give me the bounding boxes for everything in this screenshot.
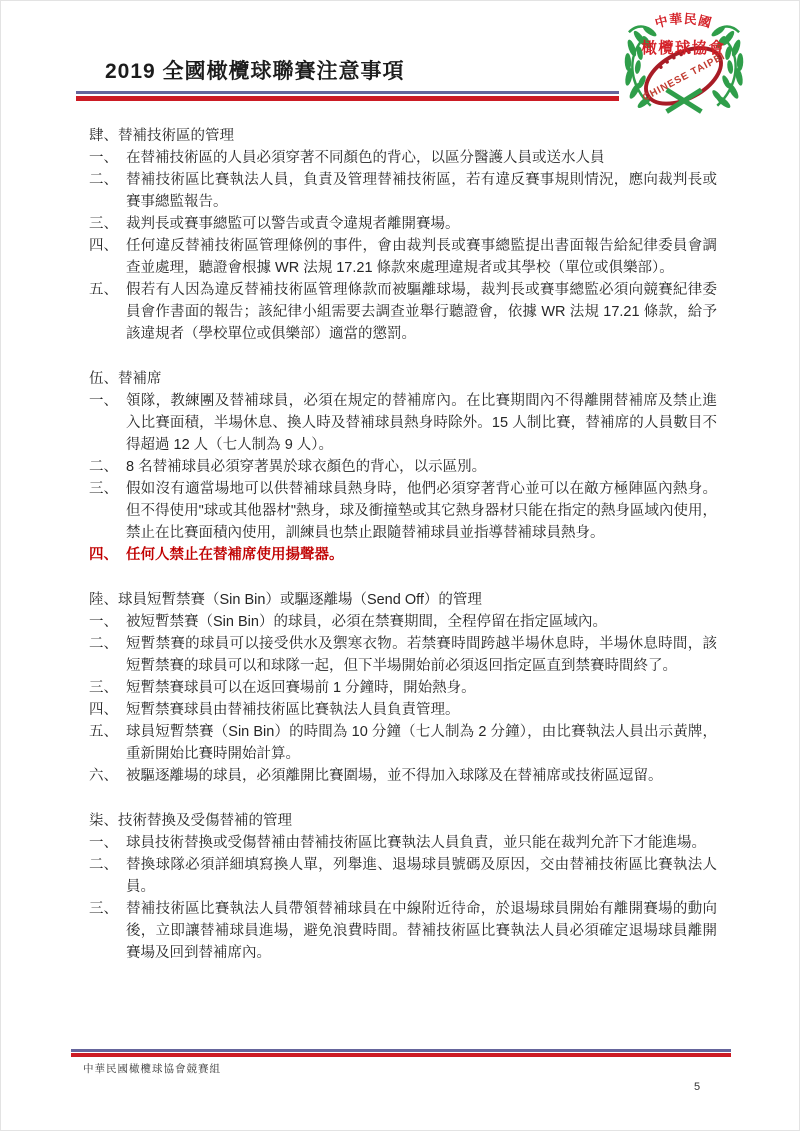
item-number: 四、 [89,235,126,279]
list-item: 五、球員短暫禁賽（Sin Bin）的時間為 10 分鐘（七人制為 2 分鐘），由… [89,721,717,765]
item-number: 一、 [89,611,126,633]
document-body: 肆、替補技術區的管理一、在替補技術區的人員必須穿著不同顏色的背心，以區分醫護人員… [89,125,717,987]
item-number: 五、 [89,279,126,345]
item-number: 四、 [89,699,126,721]
item-text: 短暫禁賽球員由替補技術區比賽執法人員負責管理。 [126,699,717,721]
section-3: 柒、技術替換及受傷替補的管理一、球員技術替換或受傷替補由替補技術區比賽執法人員負… [89,810,717,964]
item-text: 短暫禁賽的球員可以接受供水及禦寒衣物。若禁賽時間跨越半場休息時，半場休息時間，該… [126,633,717,677]
section-heading: 陸、球員短暫禁賽（Sin Bin）或驅逐離場（Send Off）的管理 [89,589,717,611]
item-number: 一、 [89,147,126,169]
item-number: 三、 [89,677,126,699]
list-item: 一、球員技術替換或受傷替補由替補技術區比賽執法人員負責，並只能在裁判允許下才能進… [89,832,717,854]
item-number: 一、 [89,390,126,456]
list-item: 一、被短暫禁賽（Sin Bin）的球員，必須在禁賽期間，全程停留在指定區域內。 [89,611,717,633]
association-logo: CHINESE TAIPEI 中華民國 橄欖球協會 [617,6,751,118]
item-text: 裁判長或賽事總監可以警告或責令違規者離開賽場。 [126,213,717,235]
list-item: 四、任何違反替補技術區管理條例的事件，會由裁判長或賽事總監提出書面報告給紀律委員… [89,235,717,279]
item-number: 五、 [89,721,126,765]
item-number: 一、 [89,832,126,854]
item-text: 球員短暫禁賽（Sin Bin）的時間為 10 分鐘（七人制為 2 分鐘），由比賽… [126,721,717,765]
list-item: 一、在替補技術區的人員必須穿著不同顏色的背心，以區分醫護人員或送水人員 [89,147,717,169]
item-number: 二、 [89,169,126,213]
item-number: 二、 [89,854,126,898]
section-heading: 肆、替補技術區的管理 [89,125,717,147]
item-text: 8 名替補球員必須穿著異於球衣顏色的背心，以示區別。 [126,456,717,478]
item-text: 替補技術區比賽執法人員帶領替補球員在中線附近待命，於退場球員開始有離開賽場的動向… [126,898,717,964]
item-number: 三、 [89,478,126,544]
list-item: 二、8 名替補球員必須穿著異於球衣顏色的背心，以示區別。 [89,456,717,478]
section-heading: 柒、技術替換及受傷替補的管理 [89,810,717,832]
page-number: 5 [694,1081,700,1093]
item-number: 三、 [89,213,126,235]
item-text: 假若有人因為違反替補技術區管理條款而被驅離球場，裁判長或賽事總監必須向競賽紀律委… [126,279,717,345]
item-number: 二、 [89,456,126,478]
list-item: 三、短暫禁賽球員可以在返回賽場前 1 分鐘時，開始熱身。 [89,677,717,699]
footer-divider [71,1049,731,1057]
item-text: 任何違反替補技術區管理條例的事件，會由裁判長或賽事總監提出書面報告給紀律委員會調… [126,235,717,279]
section-heading: 伍、替補席 [89,368,717,390]
svg-text:中華民國: 中華民國 [653,11,714,31]
item-text: 球員技術替換或受傷替補由替補技術區比賽執法人員負責，並只能在裁判允許下才能進場。 [126,832,717,854]
section-0: 肆、替補技術區的管理一、在替補技術區的人員必須穿著不同顏色的背心，以區分醫護人員… [89,125,717,345]
section-2: 陸、球員短暫禁賽（Sin Bin）或驅逐離場（Send Off）的管理一、被短暫… [89,589,717,787]
header-divider [76,91,619,101]
item-number: 二、 [89,633,126,677]
item-text: 被驅逐離場的球員，必須離開比賽圍場，並不得加入球隊及在替補席或技術區逗留。 [126,765,717,787]
list-item: 二、替補技術區比賽執法人員，負責及管理替補技術區，若有違反賽事規則情況，應向裁判… [89,169,717,213]
item-text: 領隊，教練團及替補球員，必須在規定的替補席內。在比賽期間內不得離開替補席及禁止進… [126,390,717,456]
list-item: 三、替補技術區比賽執法人員帶領替補球員在中線附近待命，於退場球員開始有離開賽場的… [89,898,717,964]
list-item: 三、假如沒有適當場地可以供替補球員熱身時，他們必須穿著背心並可以在敵方極陣區內熱… [89,478,717,544]
list-item: 二、短暫禁賽的球員可以接受供水及禦寒衣物。若禁賽時間跨越半場休息時，半場休息時間… [89,633,717,677]
list-item: 三、裁判長或賽事總監可以警告或責令違規者離開賽場。 [89,213,717,235]
list-item: 二、替換球隊必須詳細填寫換人單，列舉進、退場球員號碼及原因，交由替補技術區比賽執… [89,854,717,898]
section-1: 伍、替補席一、領隊，教練團及替補球員，必須在規定的替補席內。在比賽期間內不得離開… [89,368,717,566]
item-number: 四、 [89,544,126,566]
footer-divider-red-line [71,1053,731,1057]
item-text: 替換球隊必須詳細填寫換人單，列舉進、退場球員號碼及原因，交由替補技術區比賽執法人… [126,854,717,898]
item-text: 假如沒有適當場地可以供替補球員熱身時，他們必須穿著背心並可以在敵方極陣區內熱身。… [126,478,717,544]
list-item: 六、被驅逐離場的球員，必須離開比賽圍場，並不得加入球隊及在替補席或技術區逗留。 [89,765,717,787]
list-item: 五、假若有人因為違反替補技術區管理條款而被驅離球場，裁判長或賽事總監必須向競賽紀… [89,279,717,345]
list-item: 一、領隊，教練團及替補球員，必須在規定的替補席內。在比賽期間內不得離開替補席及禁… [89,390,717,456]
list-item: 四、短暫禁賽球員由替補技術區比賽執法人員負責管理。 [89,699,717,721]
document-page: 2019 全國橄欖球聯賽注意事項 [0,0,800,1131]
item-text: 被短暫禁賽（Sin Bin）的球員，必須在禁賽期間，全程停留在指定區域內。 [126,611,717,633]
header-divider-red-line [76,96,619,101]
item-text: 任何人禁止在替補席使用揚聲器。 [126,544,717,566]
item-text: 替補技術區比賽執法人員，負責及管理替補技術區，若有違反賽事規則情況，應向裁判長或… [126,169,717,213]
item-number: 六、 [89,765,126,787]
item-number: 三、 [89,898,126,964]
footer-organization: 中華民國橄欖球協會競賽組 [83,1061,221,1076]
list-item: 四、任何人禁止在替補席使用揚聲器。 [89,544,717,566]
logo-org-name-bottom: 橄欖球協會 [641,38,725,57]
page-title: 2019 全國橄欖球聯賽注意事項 [105,55,405,85]
item-text: 短暫禁賽球員可以在返回賽場前 1 分鐘時，開始熱身。 [126,677,717,699]
item-text: 在替補技術區的人員必須穿著不同顏色的背心，以區分醫護人員或送水人員 [126,147,717,169]
logo-org-name-top: 中華民國 [653,11,714,31]
